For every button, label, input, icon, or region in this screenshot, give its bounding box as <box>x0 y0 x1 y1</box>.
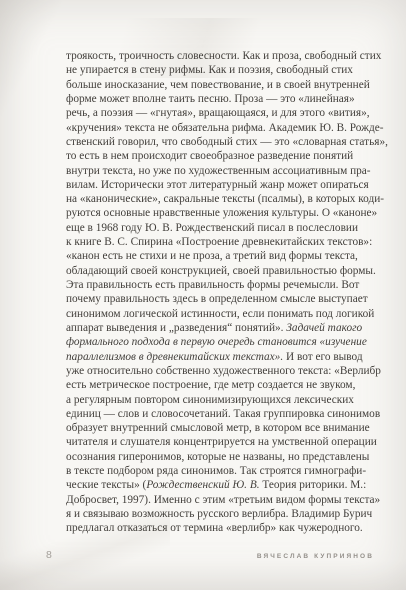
text-line: на «канонические», сакральные тексты (пс… <box>66 192 366 206</box>
page-number: 8 <box>46 549 52 561</box>
text-line: единиц — слов и словосочетаний. Такая гр… <box>66 407 366 421</box>
book-page: троякость, троичность словесности. Как и… <box>0 0 406 590</box>
text-line: в тексте подбором ряда синонимов. Так ст… <box>66 464 366 478</box>
text-line: читателя и слушателя концентрируется на … <box>66 435 366 449</box>
text-line: ственский говорил, что свободный стих — … <box>66 135 366 149</box>
text-line: к книге В. С. Спирина «Построение древне… <box>66 235 366 249</box>
text-line: форме может вполне таить песню. Проза — … <box>66 92 366 106</box>
text-line: уже относительно собственно художественн… <box>66 364 366 378</box>
text-line: больше иносказание, чем повествование, и… <box>66 78 366 92</box>
text-line: Эта правильность есть правильность формы… <box>66 278 366 292</box>
text-line: еще в 1968 году Ю. В. Рождественский пис… <box>66 221 366 235</box>
text-line: вилам. Исторически этот литературный жан… <box>66 178 366 192</box>
text-line: а регулярным повтором синонимизирующихся… <box>66 393 366 407</box>
text-line: почему правильность здесь в определенном… <box>66 292 366 306</box>
text-line: образует внутренний смысловой метр, в ко… <box>66 421 366 435</box>
text-line: руются основные нравственные уложения ку… <box>66 206 366 220</box>
text-line: обладающий своей конструкцией, своей пра… <box>66 264 366 278</box>
text-line: формального подхода в первую очередь ста… <box>66 335 366 349</box>
text-line: я и связываю возможность русского верлиб… <box>66 507 366 521</box>
text-line: речь, а поэзия — «гнутая», вращающаяся, … <box>66 106 366 120</box>
text-line: параллелизмов в древнекитайских текстах»… <box>66 350 366 364</box>
text-line: синонимом логической истинности, если по… <box>66 307 366 321</box>
running-footer-author: ВЯЧЕСЛАВ КУПРИЯНОВ <box>257 553 374 560</box>
text-line: Добросвет, 1997). Именно с этим «третьим… <box>66 493 366 507</box>
text-line: осознания гиперонимов, которые не назван… <box>66 450 366 464</box>
text-line: не упирается в стену рифмы. Как и поэзия… <box>66 63 366 77</box>
text-line: предлагал отказаться от термина «верлибр… <box>66 521 366 535</box>
page-text: троякость, троичность словесности. Как и… <box>66 49 366 536</box>
text-line: ческие тексты» (Рождественский Ю. В. Тео… <box>66 478 366 492</box>
text-line: «кручения» текста не обязательна рифма. … <box>66 121 366 135</box>
text-line: троякость, троичность словесности. Как и… <box>66 49 366 63</box>
text-line: аппарат выведения и „разведения“ понятий… <box>66 321 366 335</box>
text-line: есть метрическое построение, где метр со… <box>66 378 366 392</box>
text-line: «канон есть не стихи и не проза, а трети… <box>66 249 366 263</box>
text-line: внутри текста, но уже по художественным … <box>66 164 366 178</box>
text-line: то есть в нем происходит своеобразное ра… <box>66 149 366 163</box>
